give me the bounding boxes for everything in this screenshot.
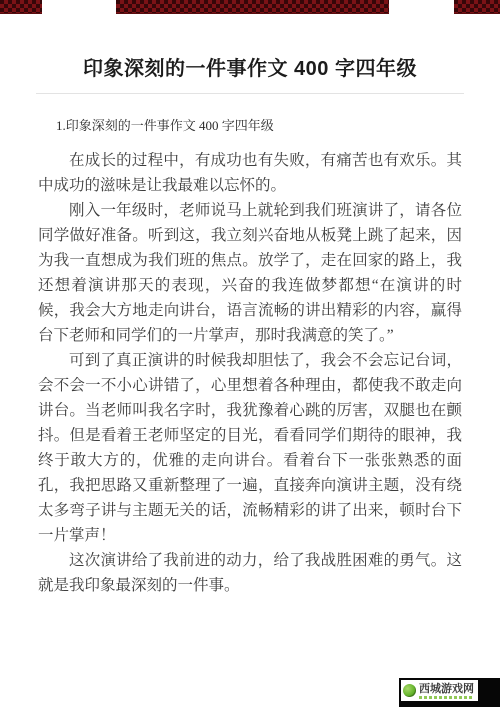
title-divider [36,93,464,94]
watermark-site-name: 西城游戏网 [419,683,474,695]
essay-body: 在成长的过程中，有成功也有失败，有痛苦也有欢乐。其中成功的滋味是让我最难以忘怀的… [38,148,462,598]
watermark-badge: 西城游戏网 [399,678,500,707]
top-border-right-segment [454,0,500,14]
page-title: 印象深刻的一件事作文 400 字四年级 [40,52,460,81]
essay-paragraph: 这次演讲给了我前进的动力，给了我战胜困难的勇气。这就是我印象最深刻的一件事。 [38,548,462,598]
essay-subheading: 1.印象深刻的一件事作文 400 字四年级 [56,115,462,134]
watermark-logo-icon [403,684,416,697]
essay-paragraph: 在成长的过程中，有成功也有失败，有痛苦也有欢乐。其中成功的滋味是让我最难以忘怀的… [38,148,462,198]
top-border-left-segment [0,0,42,14]
essay-paragraph: 可到了真正演讲的时候我却胆怯了，我会不会忘记台词，会不会一不小心讲错了，心里想着… [38,348,462,548]
top-border-middle-segment [116,0,389,14]
essay-paragraph: 刚入一年级时，老师说马上就轮到我们班演讲了，请各位同学做好准备。听到这，我立刻兴… [38,198,462,348]
watermark-card: 西城游戏网 [401,680,478,701]
document-page: 印象深刻的一件事作文 400 字四年级 1.印象深刻的一件事作文 400 字四年… [0,0,500,707]
watermark-subtext-line [419,696,473,699]
